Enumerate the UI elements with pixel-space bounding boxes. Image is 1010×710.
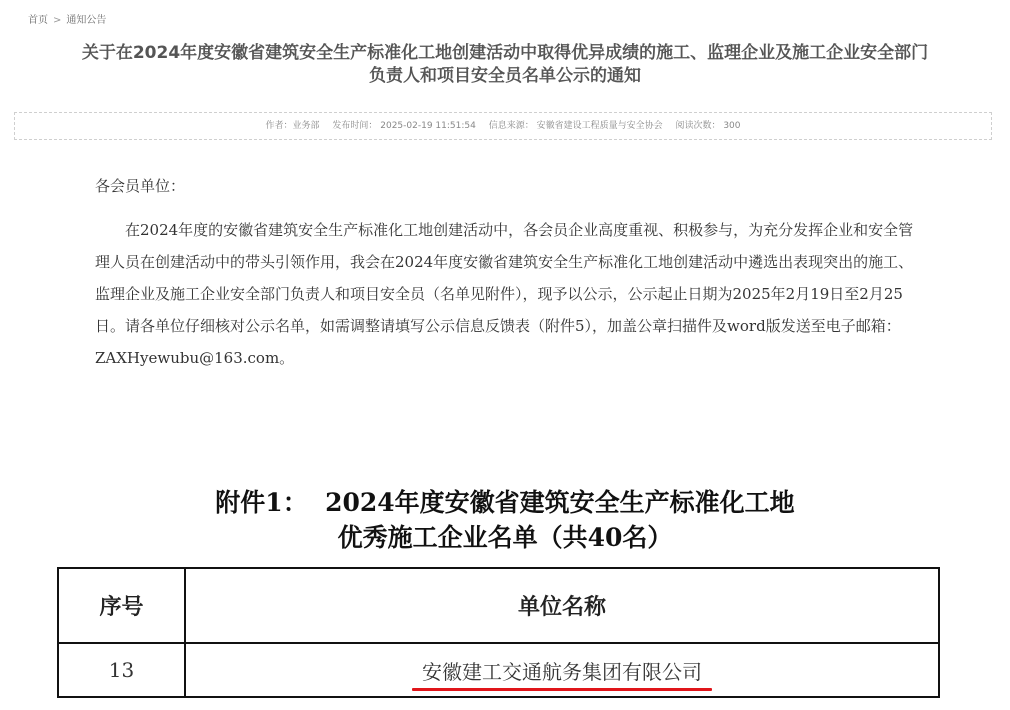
cell-company-name: 安徽建工交通航务集团有限公司 [185,643,939,697]
company-name-text: 安徽建工交通航务集团有限公司 [422,660,702,684]
attachment-title-line-1: 附件1： 2024年度安徽省建筑安全生产标准化工地 [0,485,1010,520]
company-list-table: 序号 单位名称 13 安徽建工交通航务集团有限公司 [57,567,940,698]
title-line-2: 负责人和项目安全员名单公示的通知 [0,65,1010,88]
attachment-title: 附件1： 2024年度安徽省建筑安全生产标准化工地 优秀施工企业名单（共40名） [0,485,1010,555]
attachment-title-line-2: 优秀施工企业名单（共40名） [0,520,1010,555]
meta-author: 作者：业务部 [265,121,319,131]
header-serial-number: 序号 [58,568,185,643]
header-company-name: 单位名称 [185,568,939,643]
breadcrumb-notices-link[interactable]: 通知公告 [66,15,106,26]
breadcrumb: 首页>通知公告 [28,11,106,26]
meta-views: 阅读次数： 300 [675,121,740,131]
table-row: 13 安徽建工交通航务集团有限公司 [58,643,939,697]
article-body: 各会员单位： 在2024年度的安徽省建筑安全生产标准化工地创建活动中，各会员企业… [95,170,915,374]
table-header-row: 序号 单位名称 [58,568,939,643]
body-paragraph: 在2024年度的安徽省建筑安全生产标准化工地创建活动中，各会员企业高度重视、积极… [95,214,915,374]
title-line-1: 关于在2024年度安徽省建筑安全生产标准化工地创建活动中取得优异成绩的施工、监理… [0,42,1010,65]
meta-publish-time: 发布时间： 2025-02-19 11:51:54 [332,121,475,131]
breadcrumb-home-link[interactable]: 首页 [28,15,48,26]
cell-serial-number: 13 [58,643,185,697]
page-title: 关于在2024年度安徽省建筑安全生产标准化工地创建活动中取得优异成绩的施工、监理… [0,42,1010,88]
red-underline-annotation [412,688,712,691]
article-meta-bar: 作者：业务部 发布时间： 2025-02-19 11:51:54 信息来源： 安… [14,112,992,140]
salutation: 各会员单位： [95,170,915,202]
highlighted-company: 安徽建工交通航务集团有限公司 [416,656,708,685]
breadcrumb-separator-icon: > [53,15,61,26]
meta-source: 信息来源： 安徽省建设工程质量与安全协会 [489,121,663,131]
